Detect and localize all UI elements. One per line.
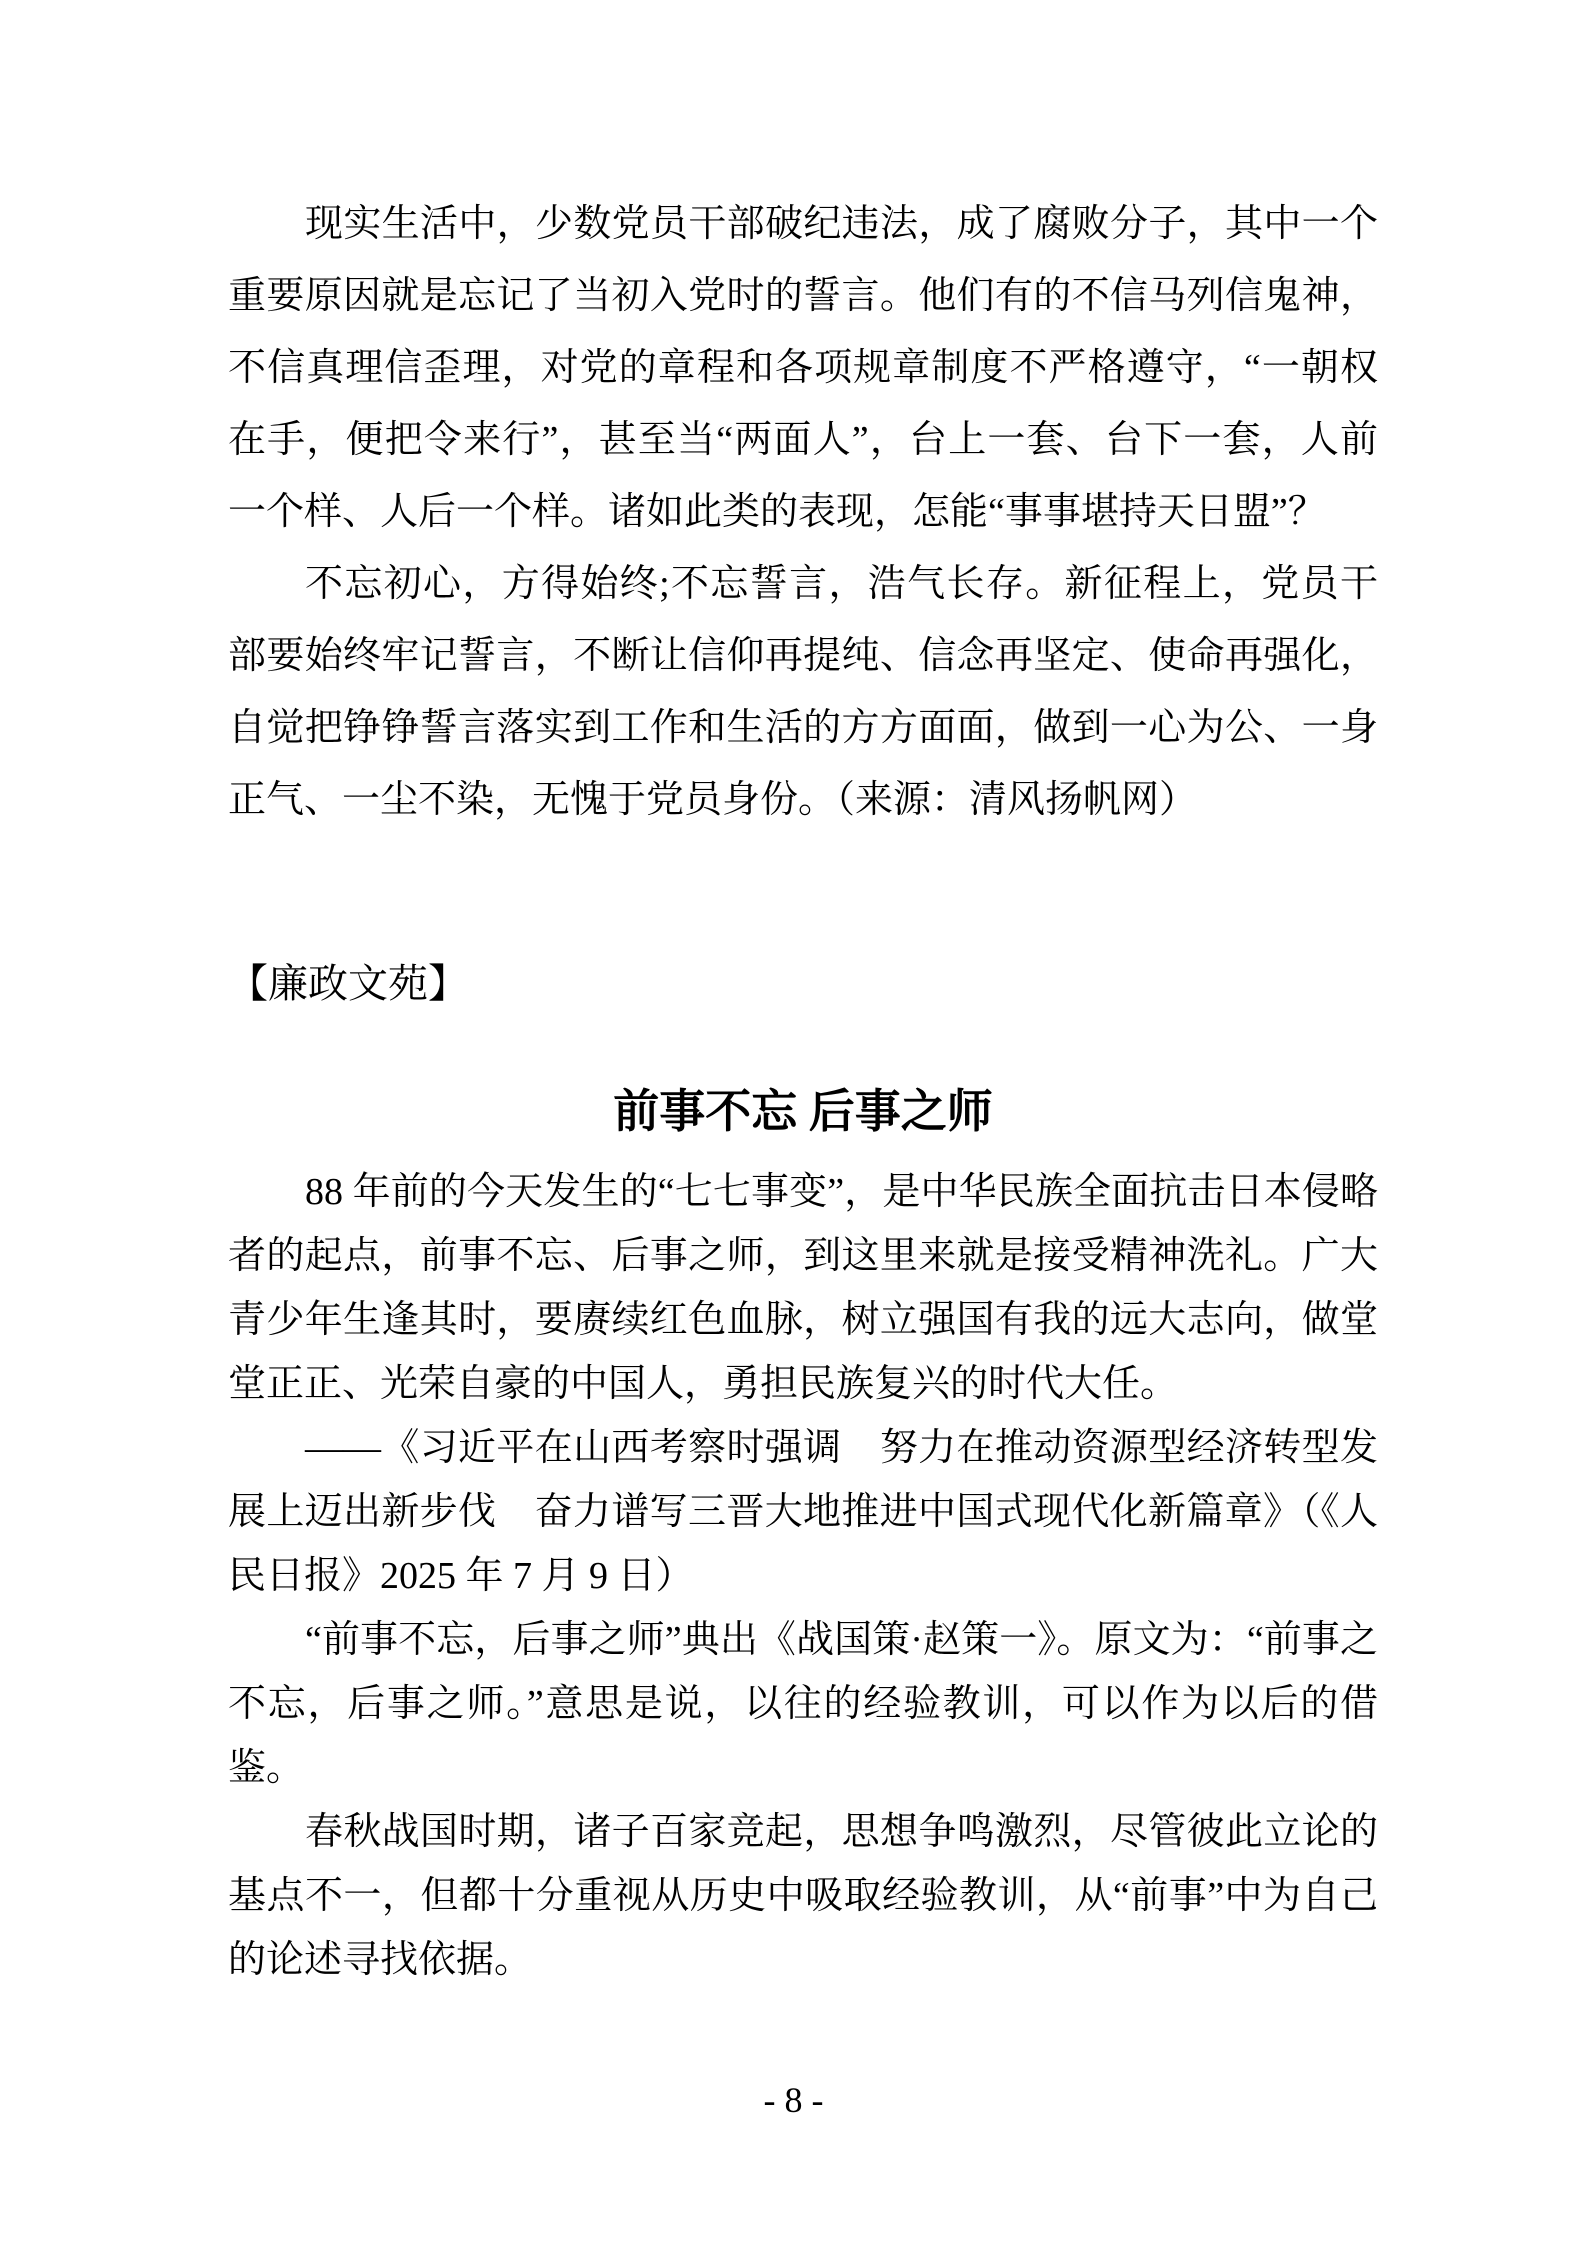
page-content: 现实生活中，少数党员干部破纪违法，成了腐败分子，其中一个重要原因就是忘记了当初入…	[228, 188, 1378, 1992]
section-header-lianzheng-wenyuan: 【廉政文苑】	[228, 954, 1378, 1014]
page-number: - 8 -	[0, 2078, 1587, 2122]
para-spring-autumn-period: 春秋战国时期，诸子百家竞起，思想争鸣激烈，尽管彼此立论的基点不一，但都十分重视从…	[228, 1800, 1378, 1992]
document-page: 现实生活中，少数党员干部破纪违法，成了腐败分子，其中一个重要原因就是忘记了当初入…	[0, 0, 1587, 2245]
article-title: 前事不忘 后事之师	[228, 1084, 1378, 1140]
para-qianshi-origin: “前事不忘，后事之师”典出《战国策·赵策一》。原文为：“前事之不忘，后事之师。”…	[228, 1608, 1378, 1800]
para-oath-conclusion: 不忘初心，方得始终;不忘誓言，浩气长存。新征程上，党员干部要始终牢记誓言，不断让…	[228, 548, 1378, 836]
para-discipline-warning: 现实生活中，少数党员干部破纪违法，成了腐败分子，其中一个重要原因就是忘记了当初入…	[228, 188, 1378, 548]
article-body: 88 年前的今天发生的“七七事变”，是中华民族全面抗击日本侵略者的起点，前事不忘…	[228, 1160, 1378, 1992]
para-xi-quote-source: ——《习近平在山西考察时强调 努力在推动资源型经济转型发展上迈出新步伐 奋力谱写…	[228, 1416, 1378, 1608]
para-july7-incident: 88 年前的今天发生的“七七事变”，是中华民族全面抗击日本侵略者的起点，前事不忘…	[228, 1160, 1378, 1416]
